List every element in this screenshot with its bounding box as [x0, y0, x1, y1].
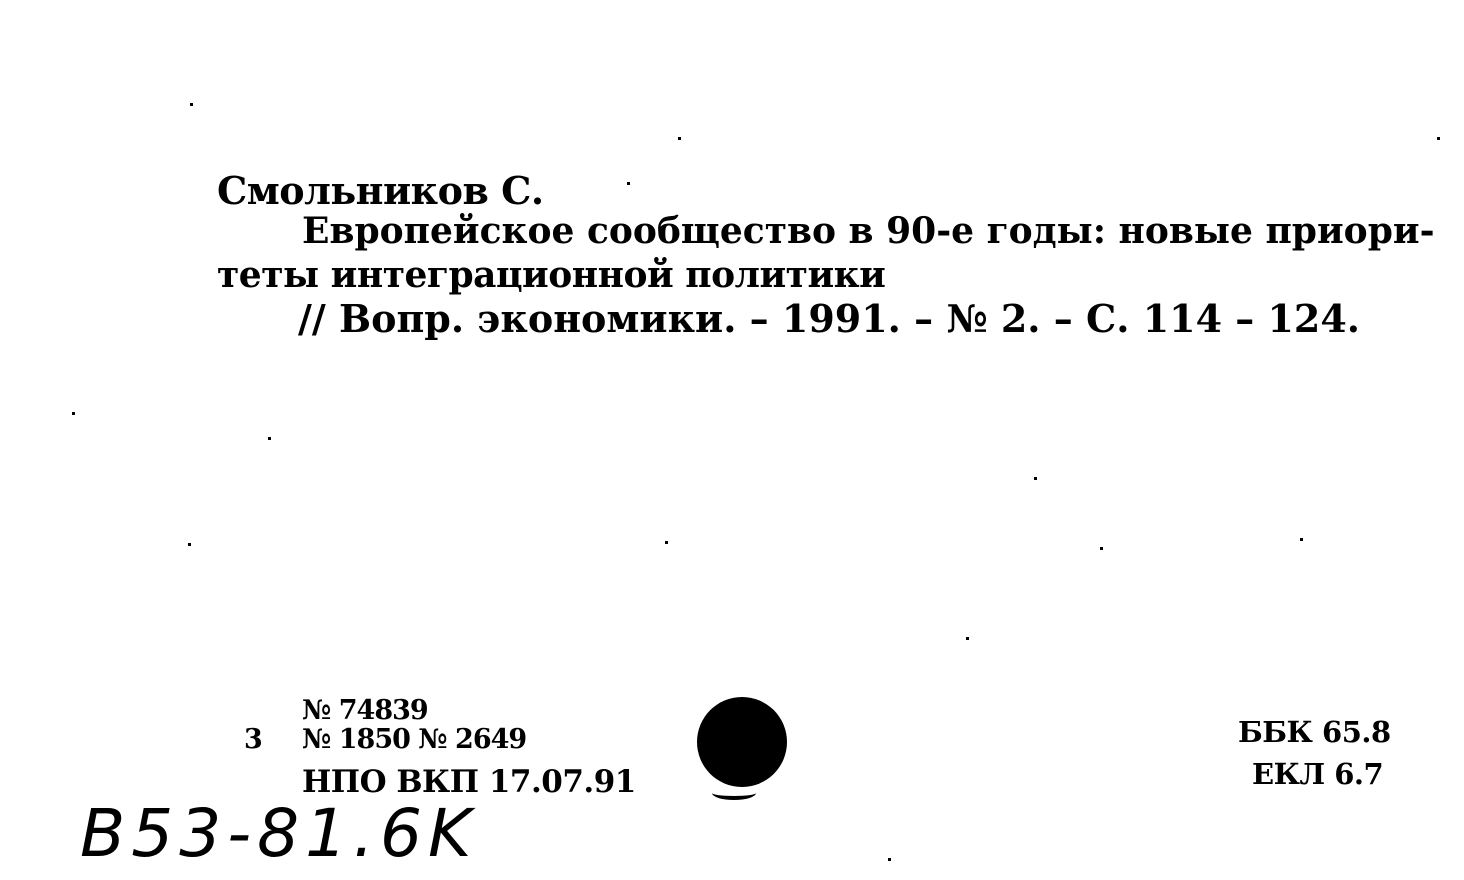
ekl-classification: ЕКЛ 6.7: [1252, 757, 1383, 791]
accession-number: № 74839: [302, 695, 428, 726]
title-line-1: Европейское сообщество в 90-е годы: новы…: [302, 210, 1435, 252]
author-name: Смольников С.: [217, 168, 544, 213]
source-citation: // Вопр. экономики. – 1991. – № 2. – С. …: [298, 296, 1360, 341]
bbk-classification: ББК 65.8: [1238, 715, 1391, 749]
catalog-card: Смольников С. Европейское сообщество в 9…: [0, 0, 1464, 880]
copies-row: 3№ 1850 № 2649: [244, 724, 526, 755]
title-line-2: теты интеграционной политики: [217, 254, 885, 296]
punch-hole: [697, 697, 787, 787]
handwritten-shelfmark: B53-81.6K: [80, 795, 477, 872]
copies-count: 3: [244, 724, 302, 755]
copy-numbers: № 1850 № 2649: [302, 724, 526, 755]
punch-hole-shadow: [712, 786, 756, 800]
